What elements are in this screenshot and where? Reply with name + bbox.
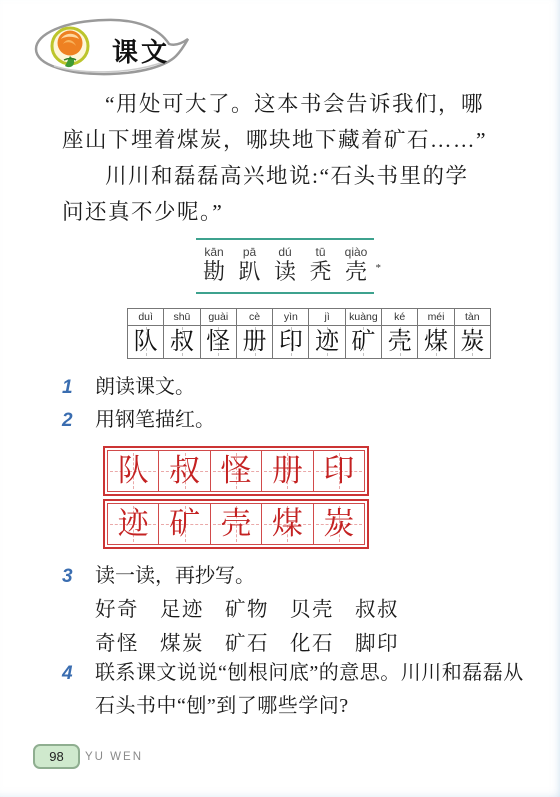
footnote-asterisk: * — [376, 255, 382, 281]
text-line: 座山下埋着煤炭，哪块地下藏着矿石……” — [62, 122, 524, 158]
table-cell: cè 册 — [236, 309, 272, 358]
new-words-table: duì 队 shū 叔 guài 怪 cè 册 yìn 印 jì 迹 kuàng… — [127, 308, 491, 359]
character-label: 读 — [269, 259, 301, 285]
pinyin-label: yìn — [273, 309, 308, 326]
word-list-row-1: 好奇 足迹 矿物 贝壳 叔叔 — [95, 592, 399, 622]
exercise-text: 联系课文说说“刨根问底”的意思。川川和磊磊从石头书中“刨”到了哪些学问? — [95, 662, 524, 717]
ruled-word: tū 秃 — [305, 245, 337, 285]
text-line: 问还真不少呢。” — [62, 194, 524, 230]
table-cell: duì 队 — [128, 309, 163, 358]
exercise-item-4: 4 联系课文说说“刨根问底”的意思。川川和磊磊从石头书中“刨”到了哪些学问? — [62, 657, 533, 723]
character-label: 炭 — [455, 326, 490, 358]
page-number-badge: 98 — [33, 744, 80, 769]
word-item: 矿石 — [225, 626, 269, 656]
tracing-cell: 印 — [313, 451, 364, 491]
pinyin-label: duì — [128, 309, 163, 326]
table-cell: kuàng 矿 — [345, 309, 381, 358]
table-cell: tàn 炭 — [454, 309, 490, 358]
tracing-cell: 壳 — [210, 504, 261, 544]
lesson-badge-label: 课文 — [112, 32, 170, 69]
word-item: 矿物 — [225, 592, 269, 622]
pinyin-label: guài — [201, 309, 236, 326]
character-label: 壳* — [340, 259, 372, 285]
pinyin-label: qiào — [340, 245, 372, 259]
character-label: 册 — [237, 326, 272, 358]
tracing-cell: 迹 — [108, 504, 158, 544]
table-cell: ké 壳 — [381, 309, 417, 358]
character-label: 叔 — [164, 326, 199, 358]
character-label: 秃 — [305, 259, 337, 285]
table-cell: shū 叔 — [163, 309, 199, 358]
tracing-grid-row-2: 迹 矿 壳 煤 炭 — [103, 499, 369, 549]
character-label: 怪 — [201, 326, 236, 358]
tracing-grid-row-1: 队 叔 怪 册 印 — [103, 446, 369, 496]
table-cell: jì 迹 — [308, 309, 344, 358]
pinyin-label: tàn — [455, 309, 490, 326]
character-label: 煤 — [418, 326, 453, 358]
tracing-cell: 队 — [108, 451, 158, 491]
character-label: 队 — [128, 326, 163, 358]
exercise-item-1: 1 朗读课文。 — [62, 371, 195, 404]
ruled-word: kān 勘 — [198, 245, 230, 285]
pinyin-label: cè — [237, 309, 272, 326]
tracing-cell: 怪 — [210, 451, 261, 491]
ruled-word: qiào 壳* — [340, 245, 372, 285]
exercise-number: 4 — [62, 657, 88, 690]
exercise-item-2: 2 用钢笔描红。 — [62, 404, 215, 437]
pinyin-label: pā — [234, 245, 266, 259]
word-item: 化石 — [290, 626, 334, 656]
pinyin-label: ké — [382, 309, 417, 326]
footer-label: YU WEN — [85, 751, 143, 763]
exercise-number: 2 — [62, 404, 88, 437]
pinyin-label: tū — [305, 245, 337, 259]
word-list-row-2: 奇怪 煤炭 矿石 化石 脚印 — [95, 626, 399, 656]
ruled-word: dú 读 — [269, 245, 301, 285]
pinyin-ruled-section: kān 勘 pā 趴 dú 读 tū 秃 qiào 壳* — [196, 238, 374, 294]
pinyin-label: shū — [164, 309, 199, 326]
exercise-number: 3 — [62, 560, 88, 593]
table-cell: yìn 印 — [272, 309, 308, 358]
word-item: 贝壳 — [290, 592, 334, 622]
character-label: 迹 — [309, 326, 344, 358]
ruled-word: pā 趴 — [234, 245, 266, 285]
tracing-cell: 矿 — [158, 504, 209, 544]
exercise-text: 用钢笔描红。 — [95, 409, 215, 431]
text-line: 川川和磊磊高兴地说:“石头书里的学 — [62, 158, 524, 194]
word-item: 足迹 — [160, 592, 204, 622]
word-item: 煤炭 — [160, 626, 204, 656]
tracing-cell: 叔 — [158, 451, 209, 491]
table-cell: méi 煤 — [417, 309, 453, 358]
word-item: 好奇 — [95, 592, 139, 622]
character-label: 矿 — [346, 326, 381, 358]
tracing-cell: 煤 — [261, 504, 312, 544]
character-label: 勘 — [198, 259, 230, 285]
text-line: “用处可大了。这本书会告诉我们，哪 — [62, 86, 524, 122]
pinyin-label: kān — [198, 245, 230, 259]
main-text: “用处可大了。这本书会告诉我们，哪 座山下埋着煤炭，哪块地下藏着矿石……” 川川… — [62, 86, 524, 230]
character-label: 印 — [273, 326, 308, 358]
textbook-page: 课文 “用处可大了。这本书会告诉我们，哪 座山下埋着煤炭，哪块地下藏着矿石……”… — [0, 0, 560, 797]
exercise-number: 1 — [62, 371, 88, 404]
tracing-cell: 册 — [261, 451, 312, 491]
pinyin-label: méi — [418, 309, 453, 326]
pinyin-label: dú — [269, 245, 301, 259]
word-item: 叔叔 — [355, 592, 399, 622]
character-label: 趴 — [234, 259, 266, 285]
word-item: 脚印 — [355, 626, 399, 656]
table-cell: guài 怪 — [200, 309, 236, 358]
lesson-badge: 课文 — [28, 16, 198, 78]
exercise-item-3: 3 读一读，再抄写。 — [62, 560, 255, 593]
pinyin-label: jì — [309, 309, 344, 326]
exercise-text: 读一读，再抄写。 — [95, 565, 255, 587]
pinyin-label: kuàng — [346, 309, 381, 326]
word-item: 奇怪 — [95, 626, 139, 656]
character-label: 壳 — [382, 326, 417, 358]
exercise-text: 朗读课文。 — [95, 376, 195, 398]
tracing-cell: 炭 — [313, 504, 364, 544]
